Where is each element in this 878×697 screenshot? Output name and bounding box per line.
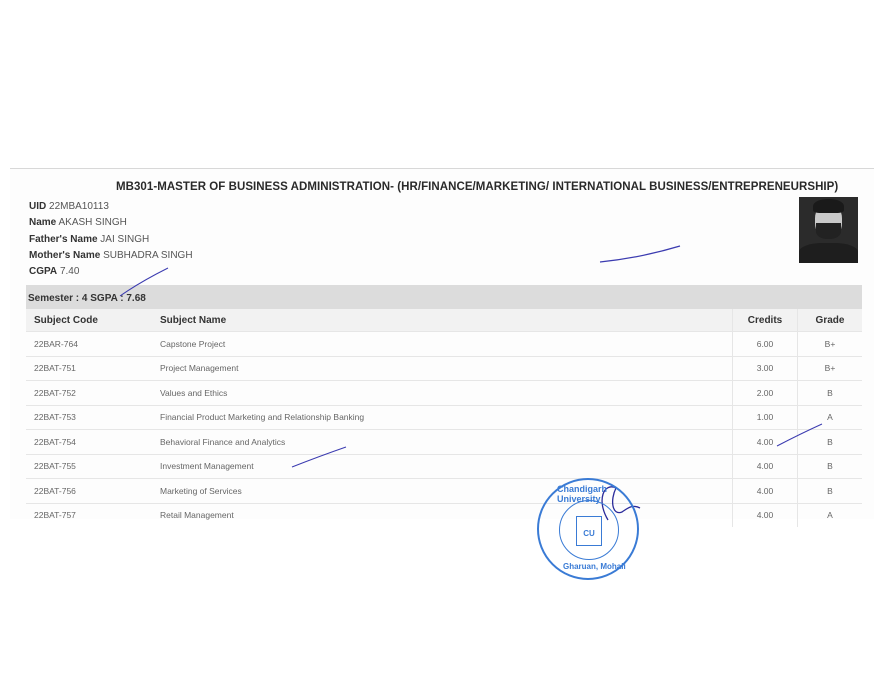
stamp-logo: CU [576, 516, 602, 546]
university-stamp: Chandigarh University CU Gharuan, Mohali [537, 478, 639, 580]
stamp-bottom-text: Gharuan, Mohali [563, 562, 626, 571]
pen-marks [0, 0, 878, 697]
